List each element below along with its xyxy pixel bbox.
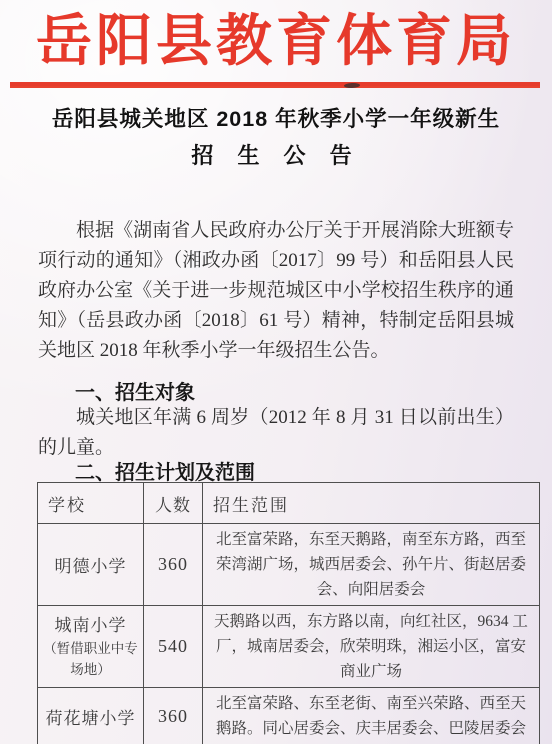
intro-paragraph: 根据《湖南省人民政府办公厅关于开展消除大班额专项行动的通知》（湘政办函〔2017… <box>38 216 514 366</box>
table-row-hehuatang: 荷花塘小学 360 北至富荣路、东至老街、南至兴荣路、西至天鹅路。同心居委会、庆… <box>38 688 540 744</box>
document-title-line2: 招 生 公 告 <box>0 141 552 171</box>
school-note: （暂借职业中专场地） <box>38 638 143 680</box>
table-row-mingde: 明德小学 360 北至富荣路，东至天鹅路，南至东方路，西至荣湾湖广场，城西居委会… <box>38 524 540 606</box>
enrollment-table: 学校 人数 招生范围 明德小学 360 北至富荣路，东至天鹅路，南至东方路，西至… <box>37 482 540 744</box>
planned-count: 540 <box>144 606 203 688</box>
column-header-range: 招生范围 <box>203 483 540 524</box>
document-page: 岳阳县教育体育局 岳阳县城关地区 2018 年秋季小学一年级新生 招 生 公 告… <box>0 0 552 744</box>
planned-count: 360 <box>144 524 203 606</box>
agency-name: 岳阳县教育体育局 <box>0 2 552 82</box>
section1-body: 城关地区年满 6 周岁（2012 年 8 月 31 日以前出生）的儿童。 <box>38 403 514 463</box>
letterhead-divider <box>10 82 540 88</box>
document-title: 岳阳县城关地区 2018 年秋季小学一年级新生 招 生 公 告 <box>0 104 552 171</box>
column-header-school: 学校 <box>38 483 144 524</box>
table-header-row: 学校 人数 招生范围 <box>38 483 540 524</box>
planned-count: 360 <box>144 688 203 744</box>
enrollment-range: 天鹅路以西，东方路以南，向红社区，9634 工厂，城南居委会，欣荣明珠，湘运小区… <box>203 606 540 688</box>
enrollment-range: 北至富荣路，东至天鹅路，南至东方路，西至荣湾湖广场，城西居委会、孙午片、街赵居委… <box>203 524 540 606</box>
school-name: 明德小学 <box>38 524 144 606</box>
section2-heading: 二、招生计划及范围 <box>75 456 255 485</box>
section1-heading: 一、招生对象 <box>75 376 195 405</box>
school-name-cell: 城南小学 （暂借职业中专场地） <box>38 606 144 688</box>
document-title-line1: 岳阳县城关地区 2018 年秋季小学一年级新生 <box>0 104 552 134</box>
enrollment-range: 北至富荣路、东至老街、南至兴荣路、西至天鹅路。同心居委会、庆丰居委会、巴陵居委会 <box>203 688 540 744</box>
column-header-count: 人数 <box>144 483 203 524</box>
table-row-chengnan: 城南小学 （暂借职业中专场地） 540 天鹅路以西，东方路以南，向红社区，963… <box>38 606 540 688</box>
school-name: 城南小学 <box>38 614 143 638</box>
school-name: 荷花塘小学 <box>38 688 144 744</box>
